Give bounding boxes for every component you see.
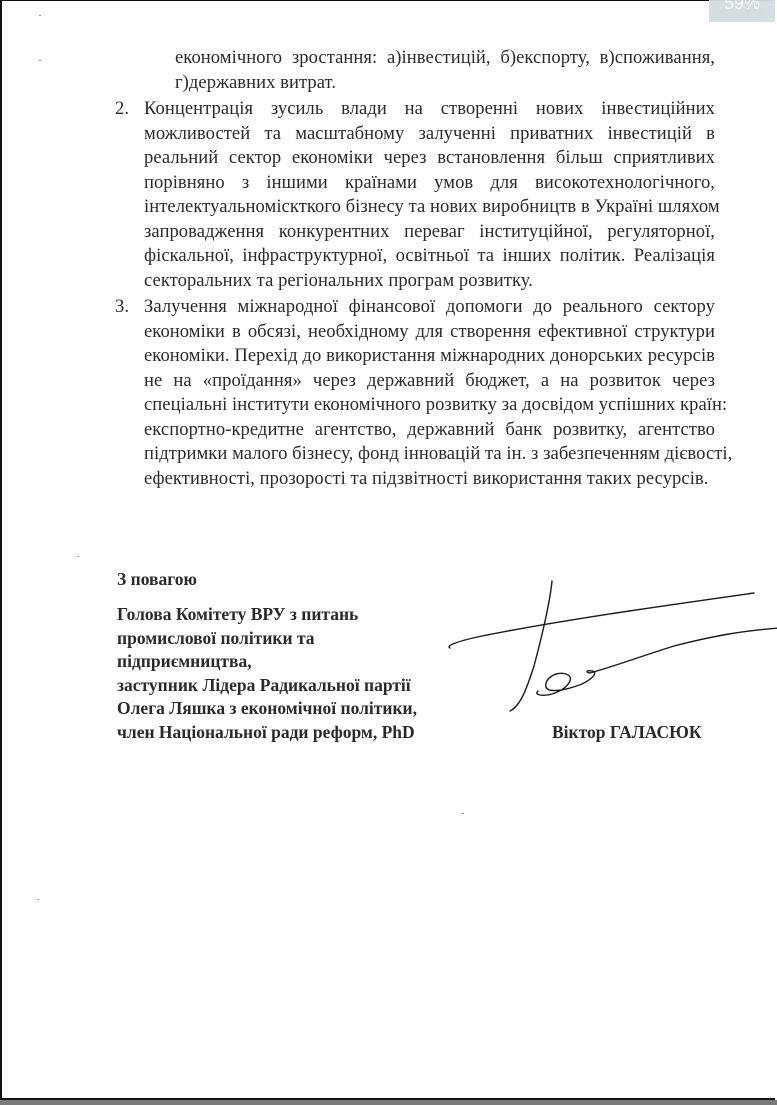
text-line: економіки. Перехід до використання міжна… bbox=[144, 344, 715, 369]
text-line: можливостей та масштабному залученні при… bbox=[144, 122, 715, 147]
text-line: Концентрація зусиль влади на створенні н… bbox=[144, 97, 715, 122]
scan-speck bbox=[37, 899, 39, 900]
text-line: порівняно з іншими країнами умов для вис… bbox=[144, 171, 715, 196]
signer-name: Віктор ГАЛАСЮК bbox=[552, 722, 702, 743]
scan-speck bbox=[462, 813, 464, 814]
page-bottom-shadow bbox=[0, 1100, 777, 1105]
document-page: економічного зростання: а)інвестицій, б)… bbox=[0, 0, 775, 1100]
text-line: економічного зростання: а)інвестицій, б)… bbox=[175, 46, 715, 71]
text-line: ефективності, прозорості та підзвітності… bbox=[144, 467, 715, 492]
title-line: промислової політики та bbox=[117, 627, 417, 651]
scan-speck bbox=[39, 15, 41, 16]
scan-speck bbox=[77, 556, 79, 557]
list-item-1-continuation: економічного зростання: а)інвестицій, б)… bbox=[175, 46, 715, 95]
title-line: Олега Ляшка з економічної політики, bbox=[117, 697, 417, 721]
text-line: спеціальні інститути економічного розвит… bbox=[144, 393, 715, 418]
handwritten-signature bbox=[442, 576, 777, 721]
title-line: член Національної ради реформ, PhD bbox=[117, 721, 417, 745]
text-line: експортно-кредитне агентство, державний … bbox=[144, 418, 715, 443]
text-line: реальний сектор економіки через встановл… bbox=[144, 146, 715, 171]
text-line: фіскальної, інфраструктурної, освітньої … bbox=[144, 244, 715, 269]
text-line: не на «проїдання» через державний бюджет… bbox=[144, 369, 715, 394]
zoom-level-badge: 59% bbox=[709, 0, 775, 22]
text-line: інтелектуальноміскткого бізнесу та нових… bbox=[144, 195, 715, 220]
closing-salutation: З повагою bbox=[117, 568, 197, 592]
title-line: Голова Комітету ВРУ з питань bbox=[117, 603, 417, 627]
text-line: г)державних витрат. bbox=[175, 71, 715, 96]
list-number: 2. bbox=[115, 97, 143, 122]
list-item-text: Концентрація зусиль влади на створенні н… bbox=[144, 97, 715, 293]
list-number: 3. bbox=[115, 295, 143, 320]
text-line: підтримки малого бізнесу, фонд інновацій… bbox=[144, 442, 715, 467]
text-line: економіки в обсязі, необхідному для ство… bbox=[144, 320, 715, 345]
title-line: підприємництва, bbox=[117, 650, 417, 674]
list-item-text: Залучення міжнародної фінансової допомог… bbox=[144, 295, 715, 491]
title-line: заступник Лідера Радикальної партії bbox=[117, 674, 417, 698]
text-line: Залучення міжнародної фінансової допомог… bbox=[144, 295, 715, 320]
scan-speck bbox=[39, 60, 41, 61]
text-line: запровадження конкурентних переваг інсти… bbox=[144, 220, 715, 245]
signer-title: Голова Комітету ВРУ з питань промислової… bbox=[117, 603, 417, 744]
text-line: секторальних та регіональних програм роз… bbox=[144, 269, 715, 294]
